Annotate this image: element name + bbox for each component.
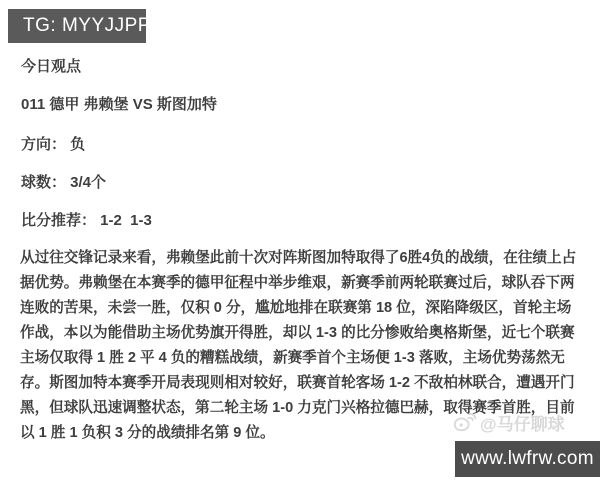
- site-url: www.lwfrw.com: [461, 448, 594, 470]
- site-watermark-bar: www.lwfrw.com: [455, 441, 600, 477]
- post-image: TG: MYYJJPP 今日观点 011 德甲 弗赖堡 VS 斯图加特 方向： …: [0, 0, 600, 480]
- field-direction: 方向： 负: [21, 133, 85, 154]
- telegram-badge: TG: MYYJJPP: [8, 9, 146, 43]
- weibo-logo-icon: [452, 412, 476, 433]
- match-title: 011 德甲 弗赖堡 VS 斯图加特: [21, 93, 217, 114]
- field-score-recommendation: 比分推荐： 1-2 1-3: [21, 209, 152, 230]
- weibo-watermark: @马仔聊球: [452, 410, 565, 435]
- telegram-badge-label: TG: MYYJJPP: [23, 15, 151, 36]
- section-title: 今日观点: [21, 55, 81, 76]
- weibo-handle: @马仔聊球: [480, 410, 565, 435]
- field-goal-count: 球数： 3/4个: [21, 171, 106, 192]
